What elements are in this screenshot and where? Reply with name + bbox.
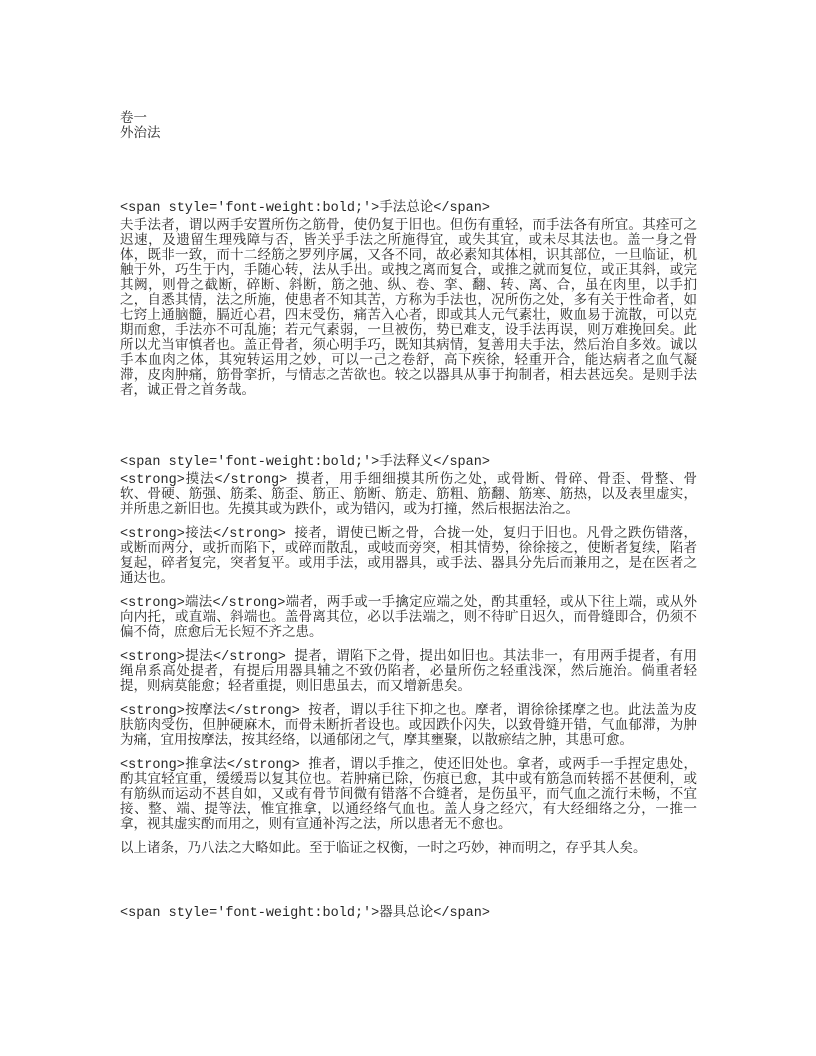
paragraph-summary: 以上诸条，乃八法之大略如此。至于临证之权衡，一时之巧妙，神而明之，存乎其人矣。 <box>120 842 697 857</box>
section-heading-shoufa-zonglun: <span style='font-weight:bold;'>手法总论</sp… <box>120 201 697 216</box>
paragraph-anmofa: <strong>按摩法</strong> 按者，谓以手往下抑之也。摩者，谓徐徐揉… <box>120 704 697 749</box>
section-qiju-zonglun: <span style='font-weight:bold;'>器具总论</sp… <box>120 906 697 921</box>
section-shoufa-shiyi: <span style='font-weight:bold;'>手法释义</sp… <box>120 455 697 857</box>
section-shoufa-zonglun: <span style='font-weight:bold;'>手法总论</sp… <box>120 201 697 399</box>
paragraph-jiefa: <strong>接法</strong> 接者，谓使已断之骨，合拢一处，复归于旧也… <box>120 527 697 587</box>
document-page: 卷一 外治法 <span style='font-weight:bold;'>手… <box>0 0 816 1056</box>
paragraph-duanfa: <strong>端法</strong>端者，两手或一手擒定应端之处，酌其重轻，或… <box>120 596 697 641</box>
section-heading-qiju-zonglun: <span style='font-weight:bold;'>器具总论</sp… <box>120 906 697 921</box>
paragraph-tuinafa: <strong>推拿法</strong> 推者，谓以手推之，使还旧处也。拿者，或… <box>120 758 697 833</box>
paragraph-shoufa-zonglun-body: 夫手法者，谓以两手安置所伤之筋骨，使仍复于旧也。但伤有重轻，而手法各有所宜。其痊… <box>120 219 697 399</box>
chapter-title: 外治法 <box>120 127 697 142</box>
volume-title: 卷一 <box>120 112 697 127</box>
paragraph-mofa: <strong>摸法</strong> 摸者，用手细细摸其所伤之处，或骨断、骨碎… <box>120 473 697 518</box>
paragraph-tifa: <strong>提法</strong> 提者，谓陷下之骨，提出如旧也。其法非一，… <box>120 650 697 695</box>
section-heading-shoufa-shiyi: <span style='font-weight:bold;'>手法释义</sp… <box>120 455 697 470</box>
front-matter: 卷一 外治法 <box>120 112 697 142</box>
